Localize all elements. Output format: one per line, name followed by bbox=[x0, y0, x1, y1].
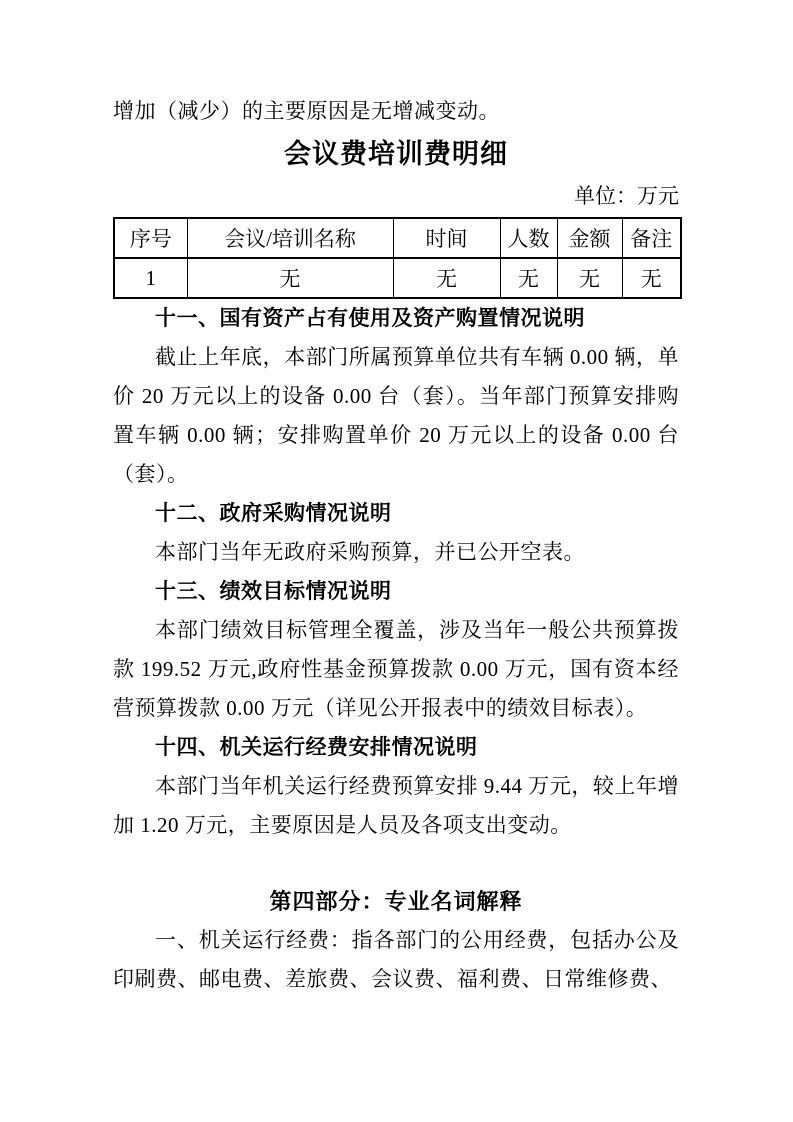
section-heading-12: 十二、政府采购情况说明 bbox=[113, 494, 679, 533]
section-heading-11: 十一、国有资产占有使用及资产购置情况说明 bbox=[113, 299, 679, 338]
col-header-people: 人数 bbox=[500, 218, 557, 258]
col-header-amount: 金额 bbox=[557, 218, 622, 258]
unit-label: 单位：万元 bbox=[113, 177, 679, 215]
col-header-note: 备注 bbox=[622, 218, 681, 258]
part-four-paragraph: 一、机关运行经费：指各部门的公用经费，包括办公及印刷费、邮电费、差旅费、会议费、… bbox=[113, 921, 679, 999]
document-page: 增加（减少）的主要原因是无增减变动。 会议费培训费明细 单位：万元 序号 会议/… bbox=[0, 0, 793, 1122]
meeting-training-table: 序号 会议/培训名称 时间 人数 金额 备注 1 无 无 无 无 无 bbox=[113, 217, 682, 299]
part-four-title: 第四部分：专业名词解释 bbox=[113, 882, 679, 921]
cell-time: 无 bbox=[393, 258, 500, 298]
cell-note: 无 bbox=[622, 258, 681, 298]
cell-people: 无 bbox=[500, 258, 557, 298]
meeting-table-title: 会议费培训费明细 bbox=[113, 131, 679, 177]
section-heading-13: 十三、绩效目标情况说明 bbox=[113, 572, 679, 611]
section-paragraph-13: 本部门绩效目标管理全覆盖，涉及当年一般公共预算拨款 199.52 万元,政府性基… bbox=[113, 611, 679, 728]
col-header-name: 会议/培训名称 bbox=[187, 218, 393, 258]
cell-name: 无 bbox=[187, 258, 393, 298]
intro-overflow-line: 增加（减少）的主要原因是无增减变动。 bbox=[113, 92, 679, 131]
col-header-index: 序号 bbox=[114, 218, 187, 258]
table-header-row: 序号 会议/培训名称 时间 人数 金额 备注 bbox=[114, 218, 681, 258]
section-paragraph-14: 本部门当年机关运行经费预算安排 9.44 万元，较上年增加 1.20 万元，主要… bbox=[113, 767, 679, 845]
section-heading-14: 十四、机关运行经费安排情况说明 bbox=[113, 728, 679, 767]
section-paragraph-12: 本部门当年无政府采购预算，并已公开空表。 bbox=[113, 533, 679, 572]
cell-index: 1 bbox=[114, 258, 187, 298]
cell-amount: 无 bbox=[557, 258, 622, 298]
col-header-time: 时间 bbox=[393, 218, 500, 258]
section-paragraph-11: 截止上年底，本部门所属预算单位共有车辆 0.00 辆，单价 20 万元以上的设备… bbox=[113, 338, 679, 494]
table-row: 1 无 无 无 无 无 bbox=[114, 258, 681, 298]
